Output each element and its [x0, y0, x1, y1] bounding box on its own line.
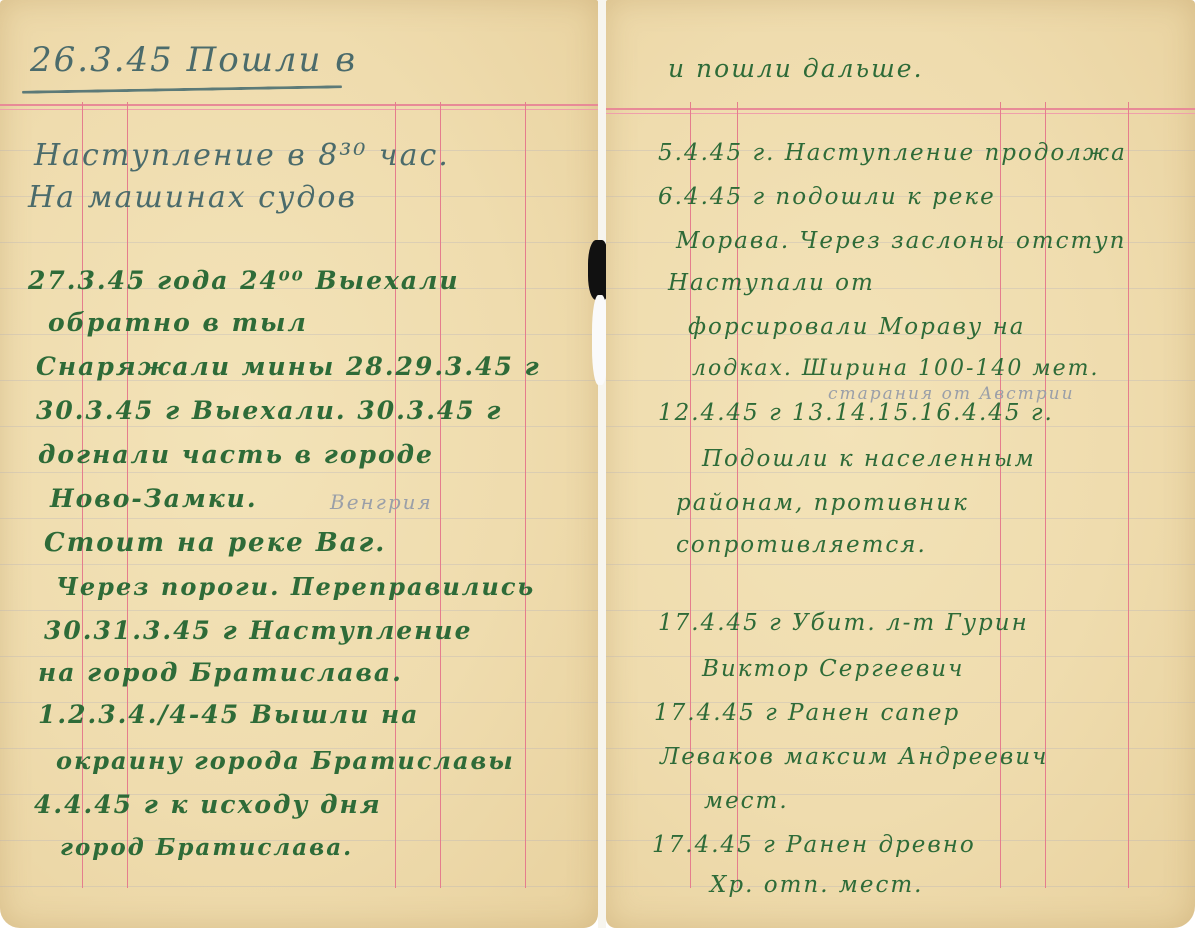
diary-line: Наступление в 8³⁰ час. — [34, 138, 450, 173]
pencil-note: Венгрия — [330, 490, 433, 514]
diary-line: 17.4.45 г Ранен сапер — [654, 700, 960, 726]
diary-line: 6.4.45 г подошли к реке — [658, 184, 996, 210]
diary-line: город Братислава. — [60, 834, 353, 861]
header-underline — [22, 85, 342, 94]
left-page: 26.3.45 Пошли в Наступление в 8³⁰ час. Н… — [0, 0, 598, 928]
right-page: и пошли дальше. 5.4.45 г. Наступление пр… — [606, 0, 1195, 928]
diary-line: Наступали от — [668, 270, 875, 296]
diary-line: 30.3.45 г Выехали. 30.3.45 г — [36, 396, 502, 425]
diary-line: мест. — [704, 788, 789, 814]
diary-line: Леваков максим Андреевич — [660, 744, 1048, 770]
page-gutter — [598, 0, 606, 928]
diary-line: Ново-Замки. — [50, 484, 258, 513]
diary-line: Хр. отп. мест. — [710, 872, 924, 898]
diary-line: 4.4.45 г к исходу дня — [34, 790, 382, 819]
diary-line: лодках. Ширина 100-140 мет. — [692, 356, 1100, 381]
right-header: и пошли дальше. — [668, 54, 924, 83]
header-rule — [0, 104, 598, 106]
header-rule — [606, 108, 1195, 110]
diary-line: окраину города Братиславы — [56, 746, 515, 775]
diary-line: 17.4.45 г Убит. л-т Гурин — [658, 610, 1029, 636]
diary-line: 1.2.3.4./4-45 Вышли на — [38, 700, 419, 729]
diary-line: форсировали Мораву на — [688, 314, 1025, 340]
diary-line: Через пороги. Переправились — [56, 572, 535, 601]
diary-line: Подошли к населенным — [702, 446, 1036, 472]
left-header: 26.3.45 Пошли в — [30, 40, 357, 80]
diary-line: Морава. Через заслоны отступ — [676, 228, 1126, 254]
diary-line: 30.31.3.45 г Наступление — [44, 616, 472, 645]
torn-edge — [588, 240, 608, 300]
diary-line: 12.4.45 г 13.14.15.16.4.45 г. — [658, 400, 1054, 426]
diary-line: догнали часть в городе — [38, 440, 434, 469]
diary-line: Стоит на реке Ваг. — [44, 528, 386, 558]
diary-line: Снаряжали мины 28.29.3.45 г — [36, 352, 541, 381]
diary-line: На машинах судов — [28, 180, 357, 215]
diary-line: 5.4.45 г. Наступление продолжа — [658, 140, 1127, 166]
diary-line: сопротивляется. — [676, 532, 927, 558]
diary-line: Виктор Сергеевич — [702, 656, 964, 682]
diary-line: на город Братислава. — [38, 658, 403, 687]
diary-line: районам, противник — [676, 490, 969, 516]
diary-line: 27.3.45 года 24⁰⁰ Выехали — [28, 266, 460, 295]
diary-line: обратно в тыл — [48, 308, 308, 337]
diary-line: 17.4.45 г Ранен древно — [652, 832, 976, 858]
